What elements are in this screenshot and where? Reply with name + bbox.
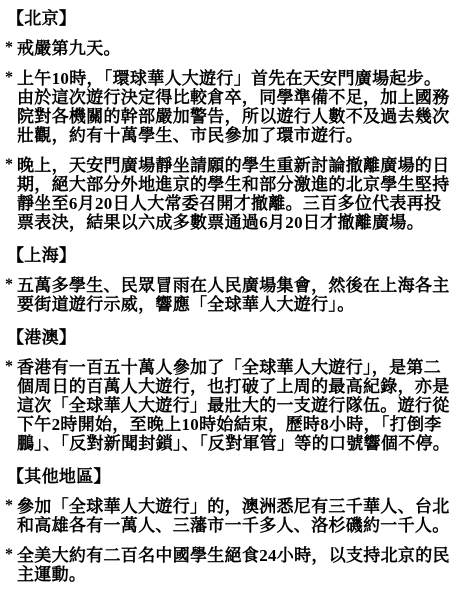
bullet-list: * 戒嚴第九天。 * 上午10時，「環球華人大遊行」首先在天安門廣場起步。由於這… (4, 39, 452, 232)
section: 【港澳】 * 香港有一百五十萬人參加了「全球華人大遊行」，是第二個周日的百萬人大… (4, 328, 452, 453)
bullet-text: 香港有一百五十萬人參加了「全球華人大遊行」，是第二個周日的百萬人大遊行，也打破了… (17, 358, 450, 453)
bullet-text: 戒嚴第九天。 (17, 39, 121, 58)
bullet-marker: * (5, 496, 13, 515)
bullet-marker: * (5, 275, 13, 294)
bullet-marker: * (5, 357, 13, 376)
bullet-item: * 參加「全球華人大遊行」的，澳洲悉尼有三千華人、台北和高雄各有一萬人、三藩市一… (4, 497, 452, 535)
bullet-item: * 上午10時，「環球華人大遊行」首先在天安門廣場起步。由於這次遊行決定得比較倉… (4, 69, 452, 145)
bullet-list: * 參加「全球華人大遊行」的，澳洲悉尼有三千華人、台北和高雄各有一萬人、三藩市一… (4, 497, 452, 584)
bullet-marker: * (5, 68, 13, 87)
section-header: 【上海】 (4, 246, 452, 265)
section: 【其他地區】 * 參加「全球華人大遊行」的，澳洲悉尼有三千華人、台北和高雄各有一… (4, 467, 452, 584)
bullet-marker: * (5, 545, 13, 564)
section: 【北京】 * 戒嚴第九天。 * 上午10時，「環球華人大遊行」首先在天安門廣場起… (4, 9, 452, 232)
bullet-marker: * (5, 38, 13, 57)
bullet-item: * 香港有一百五十萬人參加了「全球華人大遊行」，是第二個周日的百萬人大遊行，也打… (4, 358, 452, 453)
section-header: 【北京】 (4, 9, 452, 28)
section-header: 【其他地區】 (4, 467, 452, 486)
bullet-item: * 五萬多學生、民眾冒雨在人民廣場集會，然後在上海各主要街道遊行示威，響應「全球… (4, 276, 452, 314)
bullet-text: 五萬多學生、民眾冒雨在人民廣場集會，然後在上海各主要街道遊行示威，響應「全球華人… (17, 276, 450, 314)
bullet-text: 全美大約有二百名中國學生絕食24小時，以支持北京的民主運動。 (17, 546, 450, 584)
bullet-item: * 戒嚴第九天。 (4, 39, 452, 58)
bullet-text: 參加「全球華人大遊行」的，澳洲悉尼有三千華人、台北和高雄各有一萬人、三藩市一千多… (17, 497, 450, 535)
bullet-item: * 晚上，天安門廣場靜坐請願的學生重新討論撤離廣場的日期，絕大部分外地進京的學生… (4, 156, 452, 232)
bullet-item: * 全美大約有二百名中國學生絕食24小時，以支持北京的民主運動。 (4, 546, 452, 584)
section-header: 【港澳】 (4, 328, 452, 347)
bullet-text: 上午10時，「環球華人大遊行」首先在天安門廣場起步。由於這次遊行決定得比較倉卒，… (17, 69, 450, 145)
bullet-list: * 五萬多學生、民眾冒雨在人民廣場集會，然後在上海各主要街道遊行示威，響應「全球… (4, 276, 452, 314)
section: 【上海】 * 五萬多學生、民眾冒雨在人民廣場集會，然後在上海各主要街道遊行示威，… (4, 246, 452, 314)
bullet-list: * 香港有一百五十萬人參加了「全球華人大遊行」，是第二個周日的百萬人大遊行，也打… (4, 358, 452, 453)
bullet-text: 晚上，天安門廣場靜坐請願的學生重新討論撤離廣場的日期，絕大部分外地進京的學生和部… (17, 156, 450, 232)
bullet-marker: * (5, 155, 13, 174)
document: 【北京】 * 戒嚴第九天。 * 上午10時，「環球華人大遊行」首先在天安門廣場起… (0, 0, 458, 588)
